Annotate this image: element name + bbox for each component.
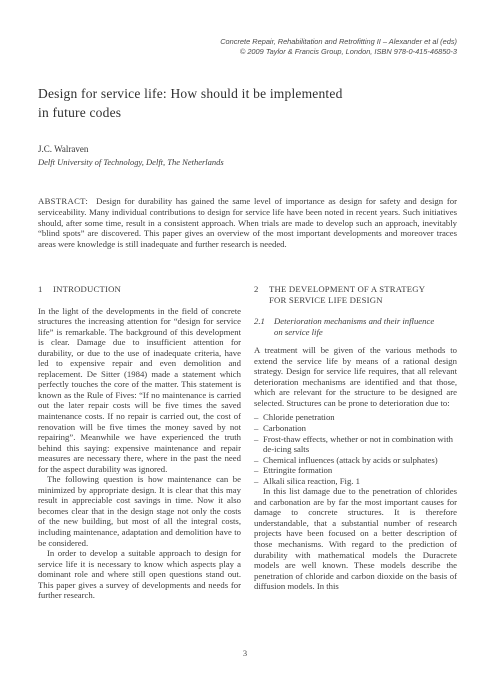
two-column-body: 1 INTRODUCTION In the light of the devel…: [38, 284, 457, 601]
bullet-item: – Carbonation: [254, 423, 457, 434]
intro-paragraph-2: The following question is how maintenanc…: [38, 474, 241, 548]
left-column: 1 INTRODUCTION In the light of the devel…: [38, 284, 241, 601]
section-2-title: THE DEVELOPMENT OF A STRATEGYFOR SERVICE…: [269, 284, 425, 305]
bullet-dash: –: [254, 412, 263, 423]
bullet-text: Frost-thaw effects, whether or not in co…: [263, 434, 457, 455]
bullet-item: – Frost-thaw effects, whether or not in …: [254, 434, 457, 455]
section-2-number: 2: [254, 284, 269, 305]
subsection-2-1-number: 2.1: [254, 316, 274, 337]
bullet-text: Chloride penetration: [263, 412, 457, 423]
bullet-dash: –: [254, 476, 263, 487]
bullet-dash: –: [254, 465, 263, 476]
section-2-heading: 2 THE DEVELOPMENT OF A STRATEGYFOR SERVI…: [254, 284, 457, 305]
section-1-number: 1: [38, 284, 53, 295]
bullet-text: Alkali silica reaction, Fig. 1: [263, 476, 457, 487]
header-line-1: Concrete Repair, Rehabilitation and Retr…: [220, 37, 457, 47]
bullet-text: Chemical influences (attack by acids or …: [263, 455, 457, 466]
intro-paragraph-3: In order to develop a suitable approach …: [38, 548, 241, 601]
page-container: Concrete Repair, Rehabilitation and Retr…: [0, 0, 490, 700]
title-line-2: in future codes: [38, 105, 121, 120]
subsection-2-1-heading: 2.1 Deterioration mechanisms and their i…: [254, 316, 457, 337]
subsection-2-1-title: Deterioration mechanisms and their influ…: [274, 316, 434, 337]
intro-paragraph-1: In the light of the developments in the …: [38, 306, 241, 475]
title-line-1: Design for service life: How should it b…: [38, 86, 343, 101]
section-1-heading: 1 INTRODUCTION: [38, 284, 241, 295]
bullet-dash: –: [254, 434, 263, 455]
bullet-item: – Chloride penetration: [254, 412, 457, 423]
bullet-dash: –: [254, 455, 263, 466]
abstract-text: Design for durability has gained the sam…: [38, 196, 457, 249]
bullet-item: – Chemical influences (attack by acids o…: [254, 455, 457, 466]
author-name: J.C. Walraven: [38, 144, 88, 154]
section-2-title-line-1: THE DEVELOPMENT OF A STRATEGY: [269, 284, 425, 294]
bullet-text: Ettringite formation: [263, 465, 457, 476]
strategy-paragraph-1: A treatment will be given of the various…: [254, 345, 457, 408]
bullet-item: – Alkali silica reaction, Fig. 1: [254, 476, 457, 487]
bullet-dash: –: [254, 423, 263, 434]
strategy-paragraph-2: In this list damage due to the penetrati…: [254, 486, 457, 591]
right-column: 2 THE DEVELOPMENT OF A STRATEGYFOR SERVI…: [254, 284, 457, 601]
section-1-title: INTRODUCTION: [53, 284, 121, 295]
deterioration-bullet-list: – Chloride penetration – Carbonation – F…: [254, 412, 457, 486]
section-2-title-line-2: FOR SERVICE LIFE DESIGN: [269, 295, 383, 305]
page-number: 3: [0, 648, 490, 658]
bullet-text: Carbonation: [263, 423, 457, 434]
subsection-2-1-title-line-1: Deterioration mechanisms and their influ…: [274, 316, 434, 326]
paper-title: Design for service life: How should it b…: [38, 84, 343, 122]
bullet-item: – Ettringite formation: [254, 465, 457, 476]
abstract-label: ABSTRACT:: [38, 196, 88, 206]
abstract-paragraph: ABSTRACT:Design for durability has gaine…: [38, 196, 457, 250]
header-line-2: © 2009 Taylor & Francis Group, London, I…: [220, 47, 457, 57]
running-header: Concrete Repair, Rehabilitation and Retr…: [220, 37, 457, 57]
author-affiliation: Delft University of Technology, Delft, T…: [38, 157, 224, 167]
subsection-2-1-title-line-2: on service life: [274, 327, 323, 337]
